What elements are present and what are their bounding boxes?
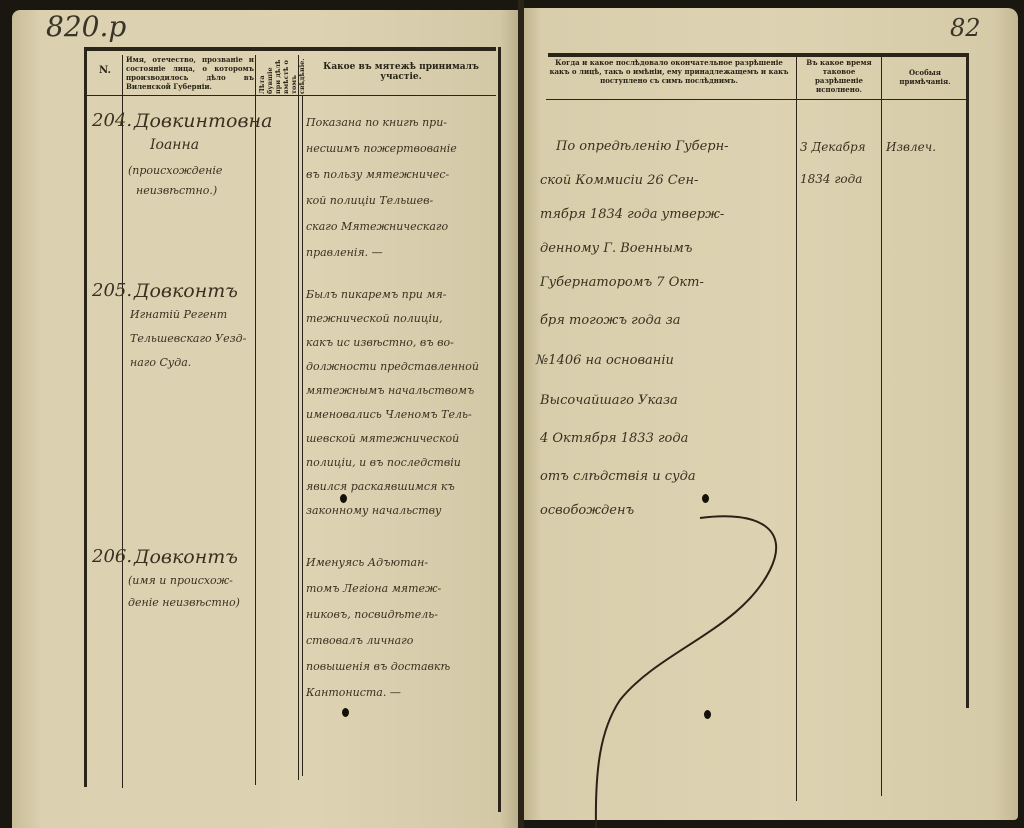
closing-flourish [0, 0, 1024, 828]
